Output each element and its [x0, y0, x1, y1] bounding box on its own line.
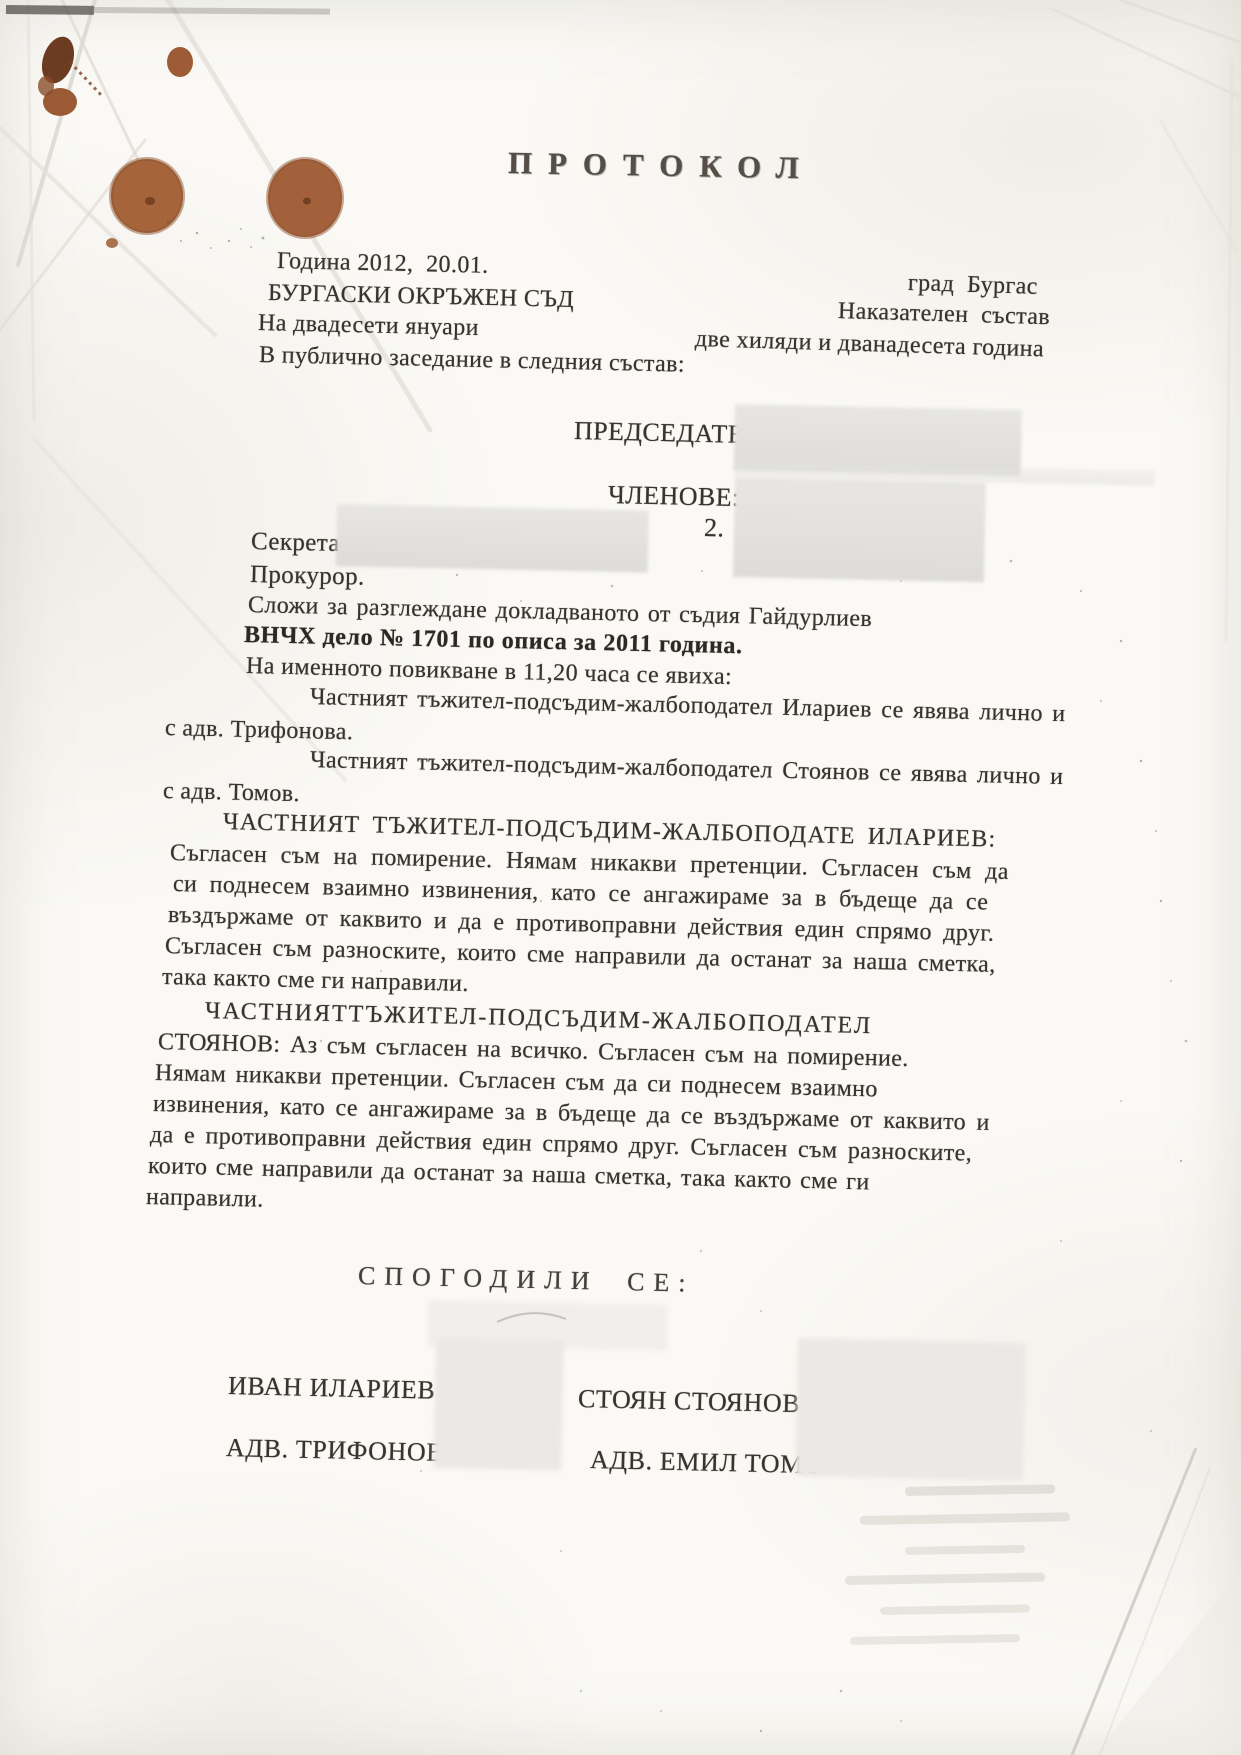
redaction-box-secretary: [336, 504, 649, 573]
body-line: така както сме ги направили.: [162, 964, 469, 997]
signature-name-stoyanov: СТОЯН СТОЯНОВ:: [578, 1385, 809, 1419]
agreement-heading: СПОГОДИЛИ СЕ:: [358, 1262, 695, 1298]
signature-counsel-trifonova: АДВ. ТРИФОНОВ: [226, 1434, 445, 1468]
header-date-line: Година 2012, 20.01.: [277, 248, 489, 279]
member2-prefix: 2.: [704, 514, 725, 543]
blur-box-signature-right: [795, 1338, 1026, 1481]
signature-counsel-tomov: АДВ. ЕМИЛ ТОМО: [590, 1446, 824, 1480]
header-session-date: На двадесети януари: [258, 310, 479, 341]
body-line: Частният тъжител-подсъдим-жалбоподател И…: [310, 684, 1066, 728]
header-session-type: В публично заседание в следния състав:: [259, 342, 686, 378]
header-panel-type: Наказателен състав: [838, 298, 1051, 331]
body-line: с адв. Томов.: [163, 778, 301, 807]
body-line: Частният тъжител-подсъдим-жалбоподател С…: [310, 747, 1064, 790]
body-line: с адв. Трифонова.: [165, 715, 354, 746]
corner-fold: [1072, 1448, 1241, 1755]
body-line: направили.: [146, 1184, 264, 1213]
redaction-box-members: [733, 477, 986, 582]
stain-cluster: [36, 33, 342, 248]
signature-name-ilariev: ИВАН ИЛАРИЕВ: [228, 1372, 436, 1405]
header-court-name: БУРГАСКИ ОКРЪЖЕН СЪД: [268, 280, 575, 313]
document-title: ПРОТОКОЛ: [508, 146, 815, 185]
header-year-words: две хиляди и дванадесета година: [695, 326, 1045, 363]
header-city: град Бургас: [908, 270, 1039, 300]
bleed-through-smudges: [845, 1484, 1070, 1645]
scanned-court-protocol-page: ПРОТОКОЛ Година 2012, 20.01. БУРГАСКИ ОК…: [0, 0, 1241, 1755]
blur-box-signature-left: [433, 1338, 564, 1471]
scan-edge-marks: [6, 5, 330, 15]
